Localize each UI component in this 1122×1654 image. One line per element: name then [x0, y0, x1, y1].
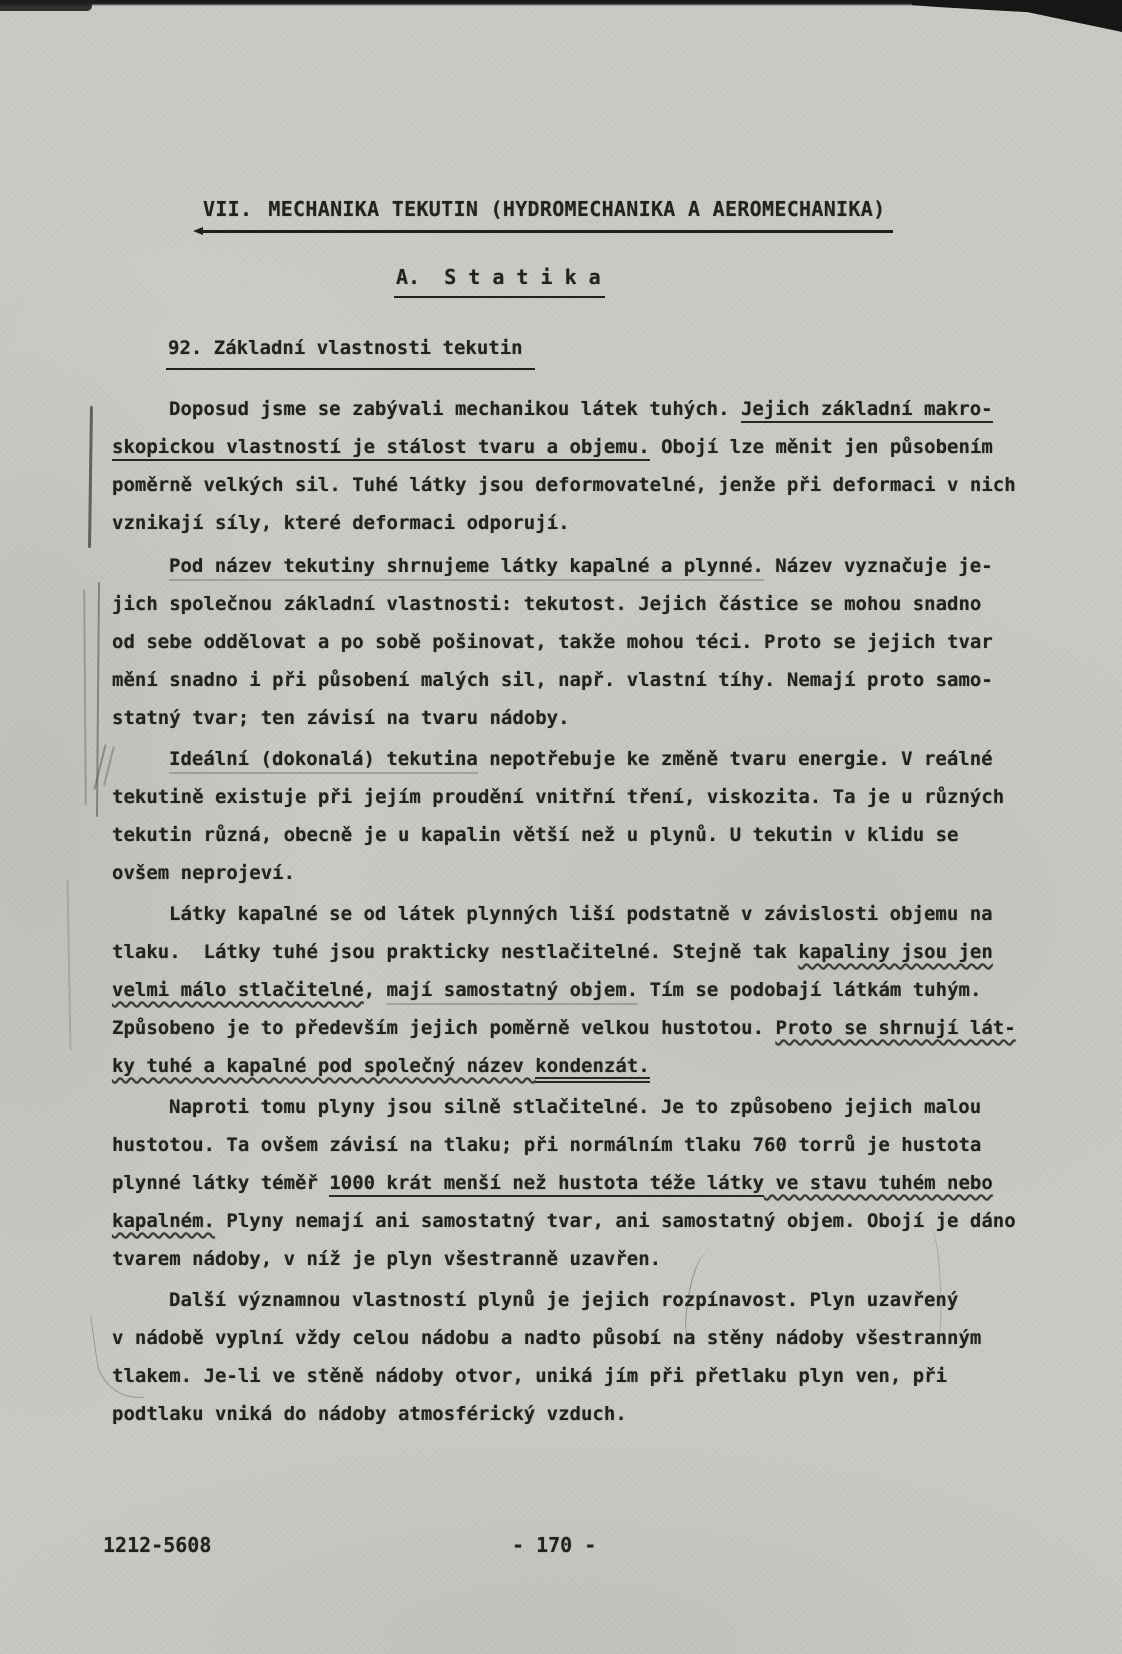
- page: { "page": { "header": { "chapter_number"…: [0, 0, 1122, 1654]
- paragraph: Ideální (dokonalá) tekutina nepotřebuje …: [112, 740, 1027, 892]
- text-line: kapalném. Plyny nemají ani samostatný tv…: [112, 1202, 1027, 1240]
- text-line: mění snadno i při působení malých sil, n…: [112, 661, 1027, 699]
- paragraph: Doposud jsme se zabývali mechanikou láte…: [112, 390, 1027, 542]
- text-line: Naproti tomu plyny jsou silně stlačiteln…: [112, 1088, 1027, 1126]
- document-number: 1212-5608: [103, 1533, 211, 1557]
- text-line: statný tvar; ten závisí na tvaru nádoby.: [112, 699, 1027, 737]
- text-line: poměrně velkých sil. Tuhé látky jsou def…: [112, 466, 1027, 504]
- paragraph: Další významnou vlastností plynů je jeji…: [112, 1281, 1027, 1433]
- text-line: tvarem nádoby, v níž je plyn všestranně …: [112, 1240, 1027, 1278]
- text-line: hustotou. Ta ovšem závisí na tlaku; při …: [112, 1126, 1027, 1164]
- text-line: plynné látky téměř 1000 krát menší než h…: [112, 1164, 1027, 1202]
- text-line: Ideální (dokonalá) tekutina nepotřebuje …: [112, 740, 1027, 778]
- text-line: ky tuhé a kapalné pod společný název kon…: [112, 1047, 1027, 1085]
- paragraph: Látky kapalné se od látek plynných liší …: [112, 895, 1027, 1085]
- text-line: skopickou vlastností je stálost tvaru a …: [112, 428, 1027, 466]
- text-line: tekutině existuje při jejím proudění vni…: [112, 778, 1027, 816]
- text-line: tlakem. Je-li ve stěně nádoby otvor, uni…: [112, 1357, 1027, 1395]
- text-line: Další významnou vlastností plynů je jeji…: [112, 1281, 1027, 1319]
- text-line: vznikají síly, které deformaci odporují.: [112, 504, 1027, 542]
- text-line: jich společnou základní vlastnosti: teku…: [112, 585, 1027, 623]
- text-line: Doposud jsme se zabývali mechanikou láte…: [112, 390, 1027, 428]
- page-number: - 170 -: [512, 1533, 596, 1557]
- paragraph: Naproti tomu plyny jsou silně stlačiteln…: [112, 1088, 1027, 1278]
- text-line: ovšem neprojeví.: [112, 854, 1027, 892]
- text-line: v nádobě vyplní vždy celou nádobu a nadt…: [112, 1319, 1027, 1357]
- text-line: podtlaku vniká do nádoby atmosférický vz…: [112, 1395, 1027, 1433]
- text-line: od sebe oddělovat a po sobě pošinovat, t…: [112, 623, 1027, 661]
- text-line: tekutin různá, obecně je u kapalin větší…: [112, 816, 1027, 854]
- paragraph: Pod název tekutiny shrnujeme látky kapal…: [112, 547, 1027, 737]
- text-line: Pod název tekutiny shrnujeme látky kapal…: [112, 547, 1027, 585]
- paragraphs: Doposud jsme se zabývali mechanikou láte…: [0, 0, 1122, 1654]
- text-line: Látky kapalné se od látek plynných liší …: [112, 895, 1027, 933]
- text-line: Způsobeno je to především jejich poměrně…: [112, 1009, 1027, 1047]
- text-line: velmi málo stlačitelné, mají samostatný …: [112, 971, 1027, 1009]
- text-line: tlaku. Látky tuhé jsou prakticky nestlač…: [112, 933, 1027, 971]
